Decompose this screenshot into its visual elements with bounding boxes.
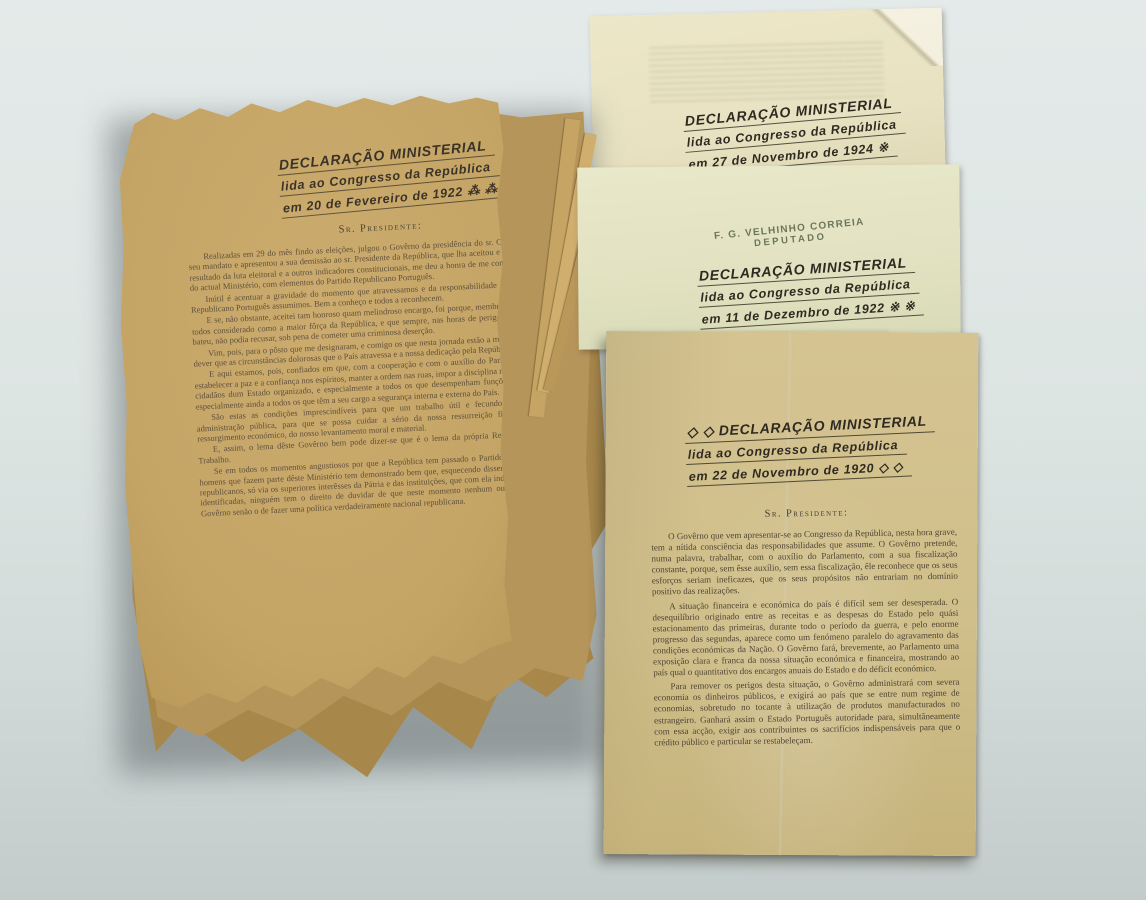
show-through-text bbox=[648, 41, 884, 103]
paragraph: O Govêrno que vem apresentar-se ao Congr… bbox=[651, 527, 958, 598]
salutation: Sr. Presidente: bbox=[653, 506, 959, 522]
body-text: O Govêrno que vem apresentar-se ao Congr… bbox=[651, 527, 960, 752]
ministerial-title-1922-feb: DECLARAÇÃO MINISTERIAL lida ao Congresso… bbox=[276, 136, 507, 223]
paragraph: A situação financeira e económica do paí… bbox=[652, 596, 959, 678]
document-1922-dec: F. G. VELHINHO CORREIA DEPUTADO DECLARAÇ… bbox=[577, 164, 961, 349]
deputy-stamp: F. G. VELHINHO CORREIA DEPUTADO bbox=[689, 214, 890, 255]
document-stack-1922-feb: DECLARAÇÃO MINISTERIAL lida ao Congresso… bbox=[95, 60, 640, 790]
paragraph: Para remover os perigos desta situação, … bbox=[653, 677, 960, 748]
document-1920-nov: ◇ ◇ DECLARAÇÃO MINISTERIAL lida ao Congr… bbox=[604, 331, 979, 856]
photo-scene: DECLARAÇÃO MINISTERIAL lida ao Congresso… bbox=[0, 0, 1146, 900]
ministerial-title-1920-nov: ◇ ◇ DECLARAÇÃO MINISTERIAL lida ao Congr… bbox=[684, 412, 937, 491]
ministerial-title-1922-dec: DECLARAÇÃO MINISTERIAL lida ao Congresso… bbox=[696, 253, 924, 333]
